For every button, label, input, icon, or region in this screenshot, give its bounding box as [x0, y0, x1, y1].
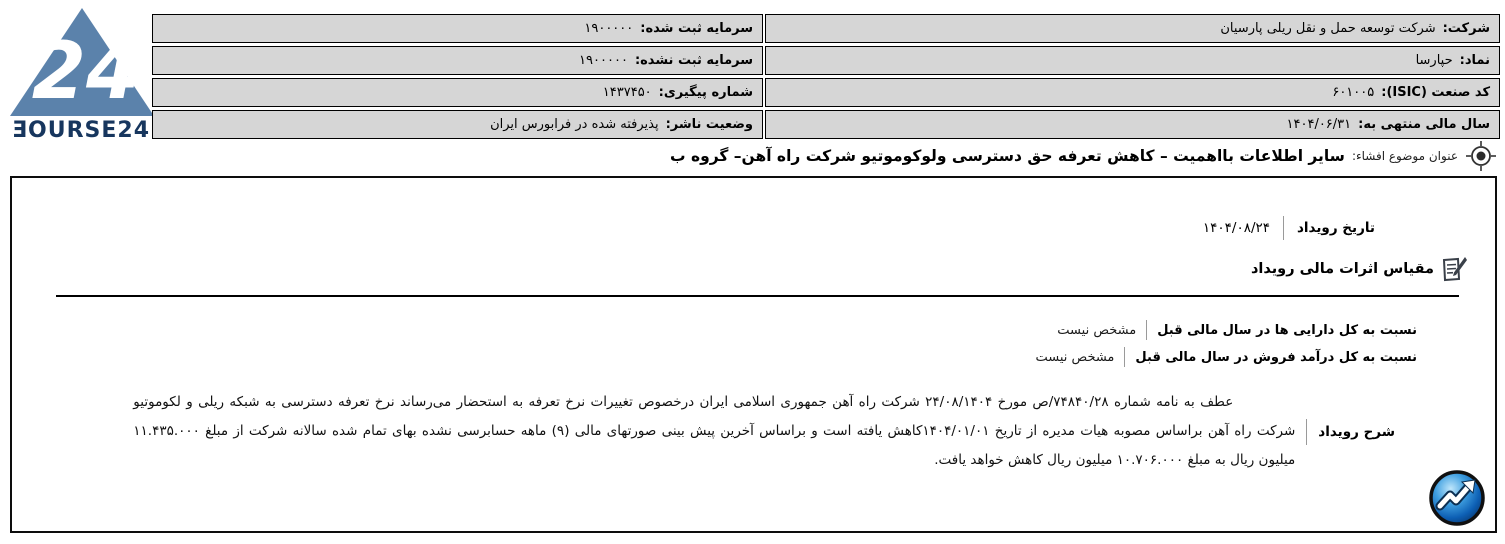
- isic-cell: کد صنعت (ISIC): ۶۰۱۰۰۵: [765, 78, 1500, 107]
- issuer-status-cell: وضعیت ناشر: پذیرفته شده در فرابورس ایران: [152, 110, 763, 139]
- registered-capital-cell: سرمایه ثبت شده: ۱۹۰۰۰۰۰: [152, 14, 763, 43]
- fiscal-year-value: ۱۴۰۴/۰۶/۳۱: [1287, 117, 1352, 132]
- assets-ratio-label: نسبت به کل دارایی ها در سال مالی قبل: [1157, 323, 1417, 338]
- disclosure-body: تاریخ رویداد ۱۴۰۴/۰۸/۲۴ مقیاس اثرات مالی…: [10, 176, 1497, 533]
- unregistered-capital-value: ۱۹۰۰۰۰۰: [579, 53, 628, 68]
- disclosure-subject: عنوان موضوع افشاء: سایر اطلاعات بااهمیت …: [670, 141, 1497, 171]
- company-cell: شرکت: شرکت توسعه حمل و نقل ریلی پارسیان: [765, 14, 1500, 43]
- bourse24-logo[interactable]: 24 ƎOURSE24: [6, 6, 156, 146]
- divider: [1146, 320, 1147, 340]
- divider: [1283, 216, 1284, 240]
- subject-label: عنوان موضوع افشاء:: [1352, 149, 1458, 163]
- issuer-status-value: پذیرفته شده در فرابورس ایران: [490, 117, 659, 132]
- registered-capital-label: سرمایه ثبت شده:: [640, 21, 753, 36]
- revenue-ratio-label: نسبت به کل درآمد فروش در سال مالی قبل: [1135, 350, 1417, 365]
- event-date-value: ۱۴۰۴/۰۸/۲۴: [1203, 220, 1270, 236]
- isic-value: ۶۰۱۰۰۵: [1332, 85, 1374, 100]
- divider: [1306, 419, 1307, 445]
- event-description-row: شرح رویداد عطف به نامه شماره ۷۴۸۴۰/۲۸/ص …: [133, 388, 1395, 475]
- svg-text:24: 24: [32, 27, 141, 117]
- subject-title: سایر اطلاعات بااهمیت – کاهش تعرفه حق دست…: [670, 147, 1345, 165]
- section-divider: [56, 295, 1459, 297]
- bourse24-triangle-icon: 24: [6, 6, 156, 118]
- company-label: شرکت:: [1443, 21, 1490, 36]
- fiscal-year-cell: سال مالی منتهی به: ۱۴۰۴/۰۶/۳۱: [765, 110, 1500, 139]
- bourse24-wordmark: ƎOURSE24: [6, 118, 156, 143]
- divider: [1124, 347, 1125, 367]
- registered-capital-value: ۱۹۰۰۰۰۰: [584, 21, 633, 36]
- event-description-label: شرح رویداد: [1318, 424, 1395, 440]
- assets-ratio-value: مشخص نیست: [1057, 323, 1136, 338]
- codal-logo-icon[interactable]: [1427, 468, 1487, 528]
- event-date-row: تاریخ رویداد ۱۴۰۴/۰۸/۲۴: [1203, 216, 1375, 240]
- tracking-number-cell: شماره پیگیری: ۱۴۳۷۴۵۰: [152, 78, 763, 107]
- symbol-value: حپارسا: [1416, 53, 1453, 68]
- revenue-ratio-value: مشخص نیست: [1035, 350, 1114, 365]
- revenue-ratio-row: نسبت به کل درآمد فروش در سال مالی قبل مش…: [1035, 347, 1417, 367]
- unregistered-capital-cell: سرمایه ثبت نشده: ۱۹۰۰۰۰۰: [152, 46, 763, 75]
- disclosure-page: 24 ƎOURSE24 شرکت: شرکت توسعه حمل و نقل ر…: [0, 0, 1505, 544]
- fiscal-year-label: سال مالی منتهی به:: [1358, 117, 1490, 132]
- event-description-text: عطف به نامه شماره ۷۴۸۴۰/۲۸/ص مورخ ۲۴/۰۸/…: [133, 388, 1295, 475]
- financial-impact-heading: مقیاس اثرات مالی رویداد: [1251, 256, 1467, 282]
- target-bullet-icon: [1465, 140, 1497, 172]
- tracking-number-value: ۱۴۳۷۴۵۰: [603, 85, 652, 100]
- financial-impact-label: مقیاس اثرات مالی رویداد: [1251, 261, 1434, 277]
- company-value: شرکت توسعه حمل و نقل ریلی پارسیان: [1220, 21, 1435, 36]
- event-date-label: تاریخ رویداد: [1297, 220, 1375, 236]
- isic-label: کد صنعت (ISIC):: [1381, 85, 1490, 100]
- unregistered-capital-label: سرمایه ثبت نشده:: [635, 53, 753, 68]
- assets-ratio-row: نسبت به کل دارایی ها در سال مالی قبل مشخ…: [1057, 320, 1417, 340]
- symbol-label: نماد:: [1460, 53, 1490, 68]
- issuer-status-label: وضعیت ناشر:: [666, 117, 753, 132]
- tracking-number-label: شماره پیگیری:: [659, 85, 753, 100]
- symbol-cell: نماد: حپارسا: [765, 46, 1500, 75]
- note-pencil-icon: [1441, 256, 1467, 282]
